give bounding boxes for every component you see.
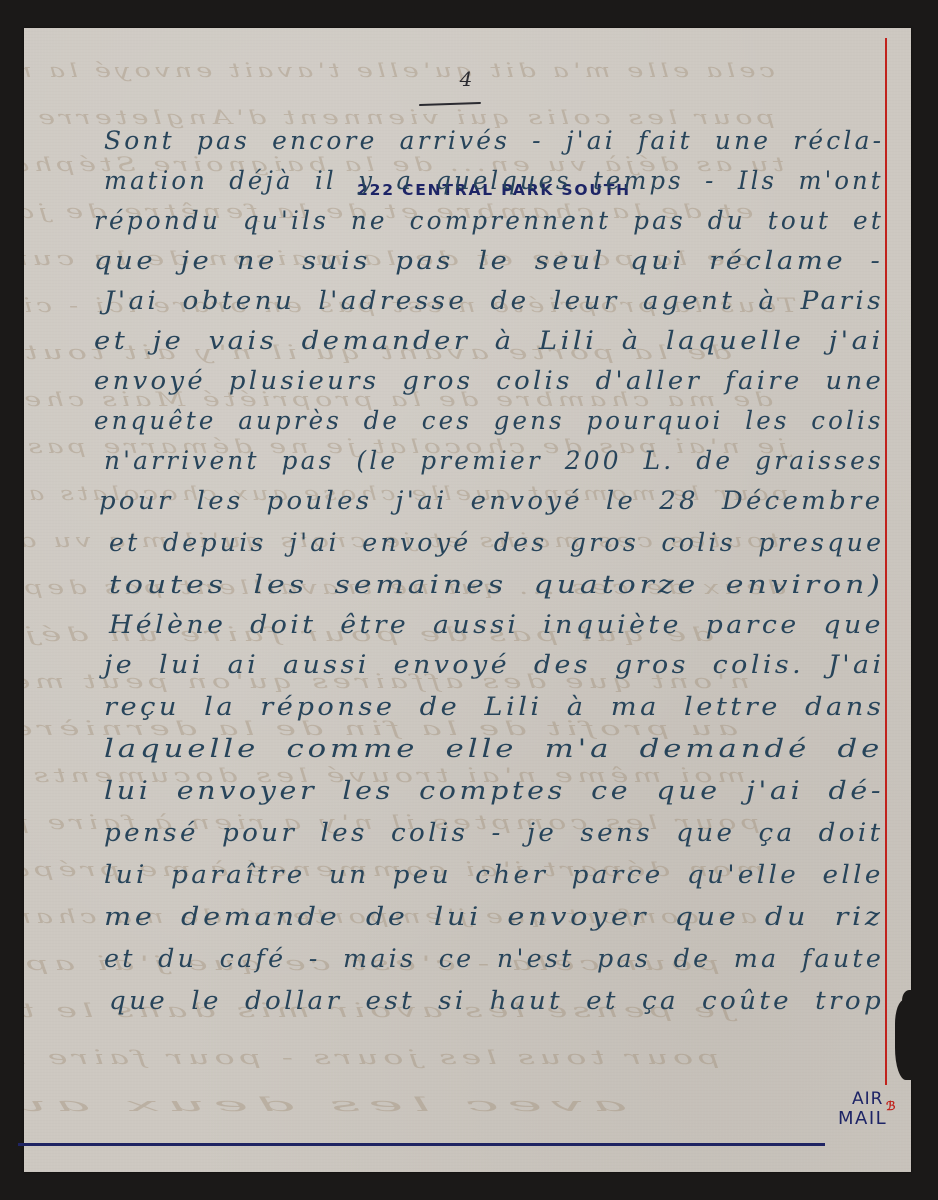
handwritten-line: reçu la réponse de Lili à ma lettre dans xyxy=(104,692,884,721)
handwritten-line: laquelle comme elle m'a demandé de xyxy=(104,734,883,763)
handwritten-line: je lui ai aussi envoyé des gros colis. J… xyxy=(104,650,885,679)
handwritten-line: Sont pas encore arrivés - j'ai fait une … xyxy=(104,126,884,155)
page-number-underline xyxy=(419,102,481,106)
blue-bottom-rule xyxy=(18,1143,825,1146)
bleed-through-line: avec les deux au fond xyxy=(24,1092,627,1116)
handwritten-line: n'arrivent pas (le premier 200 L. de gra… xyxy=(104,446,884,475)
handwritten-line: lui paraître un peu cher parce qu'elle e… xyxy=(104,860,884,889)
handwritten-line: envoyé plusieurs gros colis d'aller fair… xyxy=(94,366,884,395)
handwritten-line: et du café - mais ce n'est pas de ma fau… xyxy=(104,944,884,973)
handwritten-line: J'ai obtenu l'adresse de leur agent à Pa… xyxy=(104,286,884,315)
handwritten-line: me demande de lui envoyer que du riz xyxy=(104,902,884,931)
handwritten-line: pensé pour les colis - je sens que ça do… xyxy=(104,818,883,847)
bleed-through-line: pour tous les jours - pour faire mieux xyxy=(24,1045,719,1069)
red-margin-rule xyxy=(885,38,887,1085)
handwritten-line: toutes les semaines quatorze environ) xyxy=(109,570,884,599)
handwritten-line: lui envoyer les comptes ce que j'ai dé- xyxy=(104,776,884,805)
page-number: 4 xyxy=(446,68,486,90)
handwritten-line: répondu qu'ils ne comprennent pas du tou… xyxy=(94,206,884,235)
handwritten-line: et depuis j'ai envoyé des gros colis pre… xyxy=(109,528,884,557)
airmail-logo-icon: ℬ xyxy=(886,1099,895,1113)
bleed-through-line: cela elle m'a dit qu'elle t'avait envoyé… xyxy=(24,58,775,82)
handwritten-line: Hélène doit être aussi inquiète parce qu… xyxy=(109,610,884,639)
letter-page: cela elle m'a dit qu'elle t'avait envoyé… xyxy=(24,28,911,1172)
handwritten-line: et je vais demander à Lili à laquelle j'… xyxy=(94,326,884,355)
torn-edge xyxy=(895,1000,915,1080)
handwritten-line: que je ne suis pas le seul qui réclame - xyxy=(94,246,883,275)
handwritten-line: enquête auprès de ces gens pourquoi les … xyxy=(94,406,884,435)
handwritten-line: pour les poules j'ai envoyé le 28 Décemb… xyxy=(99,486,883,515)
handwritten-line: mation déjà il y a quelques temps - Ils … xyxy=(104,166,884,195)
handwritten-line: que le dollar est si haut et ça coûte tr… xyxy=(109,986,884,1015)
